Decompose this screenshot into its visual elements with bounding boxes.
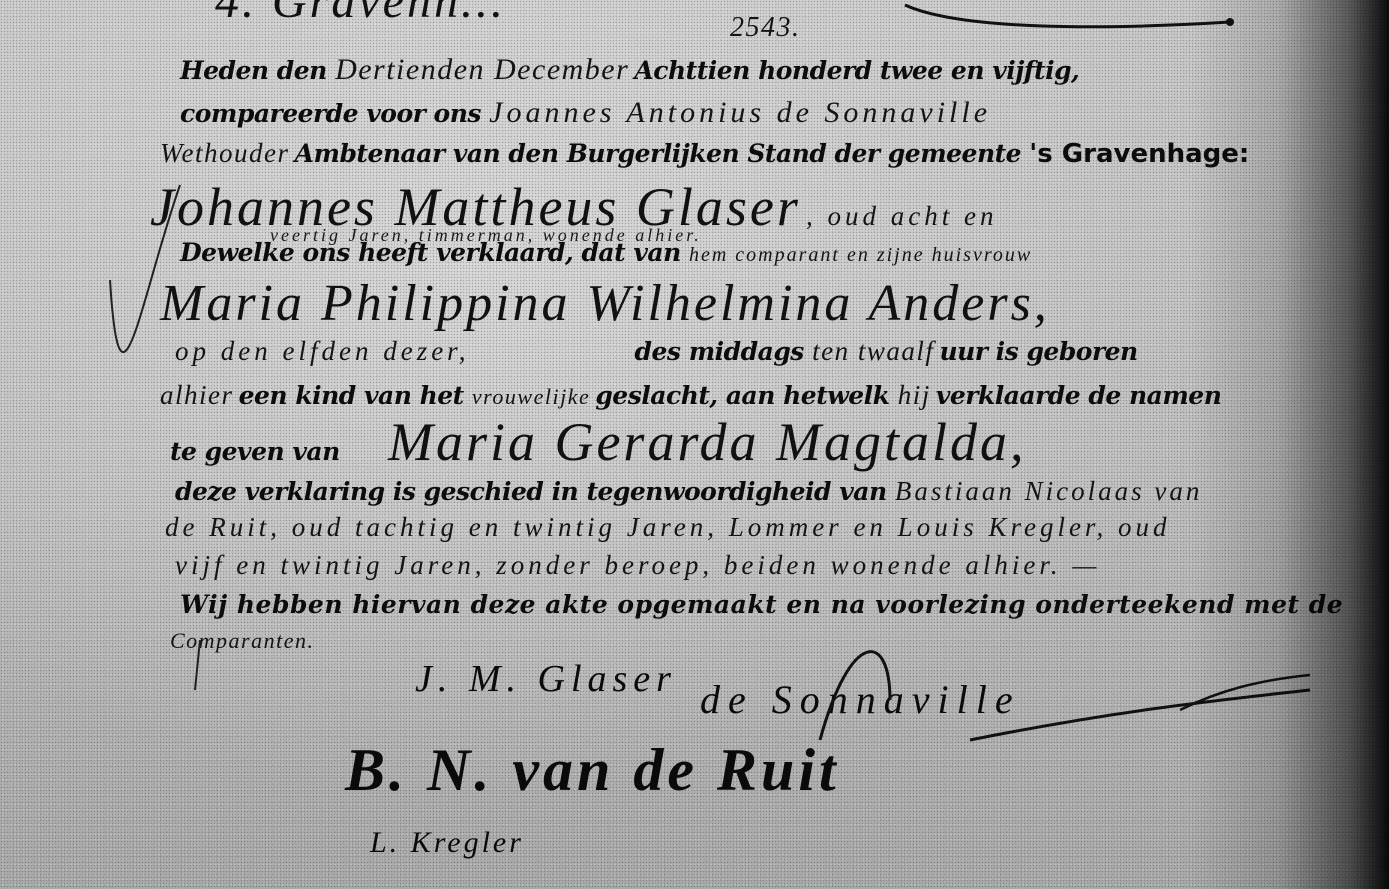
printed-text: geslacht, aan hetwelk	[595, 381, 897, 410]
handwritten-birth-hour: ten twaalf	[812, 336, 934, 366]
printed-text: Heden den	[180, 56, 335, 85]
signature-text: B. N. van de Ruit	[345, 737, 840, 803]
line-closing: Wij hebben hiervan deze akte opgemaakt e…	[180, 592, 1343, 617]
signature-text: L. Kregler	[370, 826, 524, 859]
printed-text: Dewelke ons heeft verklaard, dat van	[180, 238, 689, 267]
line-witnesses-intro: deze verklaring is geschied in tegenwoor…	[175, 478, 1202, 505]
line-birth-time: op den elfden dezer, des middags ten twa…	[175, 338, 1138, 365]
handwritten-title: Wethouder	[160, 138, 290, 168]
printed-text: deze verklaring is geschied in tegenwoor…	[175, 477, 895, 506]
handwritten-pronoun: hij	[898, 380, 931, 410]
printed-year: Achttien honderd twee en vijftig,	[634, 56, 1079, 85]
signature-kregler: L. Kregler	[370, 828, 524, 858]
handwritten-sex: vrouwelijke	[472, 384, 590, 409]
signature-van-de-ruit: B. N. van de Ruit	[345, 740, 840, 800]
line-date: Heden den Dertienden December Achttien h…	[180, 55, 1079, 85]
line-witness-details-2: vijf en twintig Jaren, zonder beroep, be…	[175, 552, 1100, 579]
handwritten-official-name: Joannes Antonius de Sonnaville	[489, 96, 991, 129]
record-number-text: 2543.	[730, 12, 801, 43]
printed-text: des middags	[635, 337, 813, 366]
line-mother-name: Maria Philippina Wilhelmina Anders,	[160, 278, 1050, 330]
handwritten-father-age: , oud acht en	[806, 201, 997, 231]
line-child-sex: alhier een kind van het vrouwelijke gesl…	[160, 382, 1221, 409]
margin-stroke	[100, 180, 220, 700]
printed-text: verklaarde de namen	[936, 381, 1222, 410]
printed-text: compareerde voor ons	[180, 99, 489, 128]
line-appeared-before: compareerde voor ons Joannes Antonius de…	[180, 98, 991, 128]
handwritten-date: Dertienden December	[335, 53, 629, 86]
handwritten-witness-1: Bastiaan Nicolaas van	[895, 476, 1203, 506]
printed-municipality: 's Gravenhage:	[1029, 139, 1249, 169]
scanned-document-page: 4. Gravenh... 2543. Heden den Dertienden…	[0, 0, 1389, 889]
header-fragment: 4. Gravenh...	[215, 0, 506, 26]
line-declared: Dewelke ons heeft verklaard, dat van hem…	[180, 240, 1032, 265]
header-fragment-text: 4. Gravenh...	[215, 0, 506, 28]
handwritten-witness-details: de Ruit, oud tachtig en twintig Jaren, L…	[165, 512, 1170, 542]
printed-text: een kind van het	[239, 381, 472, 410]
handwritten-child-name: Maria Gerarda Magtalda,	[388, 412, 1026, 472]
record-number: 2543.	[730, 14, 801, 42]
line-witness-details-1: de Ruit, oud tachtig en twintig Jaren, L…	[165, 514, 1170, 541]
line-official-title: Wethouder Ambtenaar van den Burgerlijken…	[160, 140, 1249, 167]
line-child-name: te geven van Maria Gerarda Magtalda,	[170, 415, 1026, 469]
handwritten-wife-ref: hem comparant en zijne huisvrouw	[689, 244, 1032, 266]
header-underline-flourish	[900, 0, 1240, 40]
printed-text: Wij hebben hiervan deze akte opgemaakt e…	[180, 590, 1343, 619]
printed-text: uur is geboren	[939, 337, 1137, 366]
handwritten-mother-name: Maria Philippina Wilhelmina Anders,	[160, 275, 1050, 332]
handwritten-witness-details: vijf en twintig Jaren, zonder beroep, be…	[175, 550, 1100, 580]
printed-text: Ambtenaar van den Burgerlijken Stand der…	[295, 139, 1030, 168]
